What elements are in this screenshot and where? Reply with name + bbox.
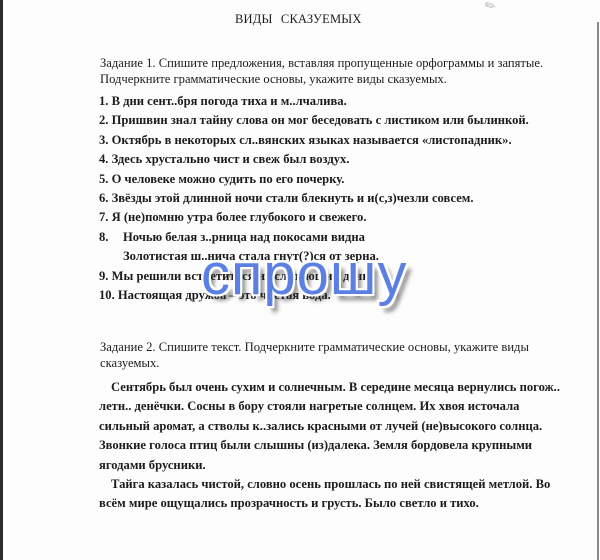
watermark: спрошу <box>201 246 407 304</box>
scan-edge <box>597 22 599 560</box>
task2-text: Сентябрь был очень сухим и солнечным. В … <box>99 378 569 514</box>
text-paragraph: Сентябрь был очень сухим и солнечным. В … <box>99 378 569 475</box>
sentence-item: 7. Я (не)помню утра более глубокого и св… <box>99 208 529 227</box>
worksheet-page: ✎ ВИДЫ СКАЗУЕМЫХ Задание 1. Спишите пред… <box>0 0 600 560</box>
task2-instruction-line: сказуемых. <box>100 355 570 371</box>
sentence-item: 2. Пришвин знал тайну слова он мог бесед… <box>99 111 529 130</box>
sentence-item: 3. Октябрь в некоторых сл..вянских языка… <box>99 131 529 150</box>
sentence-item: 4. Здесь хрустально чист и свеж был возд… <box>99 150 529 169</box>
task2-instructions: Задание 2. Спишите текст. Подчеркните гр… <box>100 339 570 371</box>
task2-instruction-line: Задание 2. Спишите текст. Подчеркните гр… <box>100 339 570 355</box>
sentence-item: 1. В дни сент..бря погода тиха и м..лчал… <box>99 92 529 111</box>
document-title: ВИДЫ СКАЗУЕМЫХ <box>235 12 362 27</box>
task1-instruction-line: Задание 1. Спишите предложения, вставляя… <box>100 55 570 71</box>
pencil-mark-icon: ✎ <box>482 0 499 16</box>
task1-instructions: Задание 1. Спишите предложения, вставляя… <box>100 55 570 87</box>
text-paragraph: Тайга казалась чистой, словно осень прош… <box>99 475 569 514</box>
sentence-item: 6. Звёзды этой длинной ночи стали блекну… <box>99 189 529 208</box>
sentence-number: 8. <box>99 228 123 247</box>
task1-instruction-line: Подчеркните грамматические основы, укажи… <box>100 71 570 87</box>
sentence-item: 5. О человеке можно судить по его почерк… <box>99 170 529 189</box>
